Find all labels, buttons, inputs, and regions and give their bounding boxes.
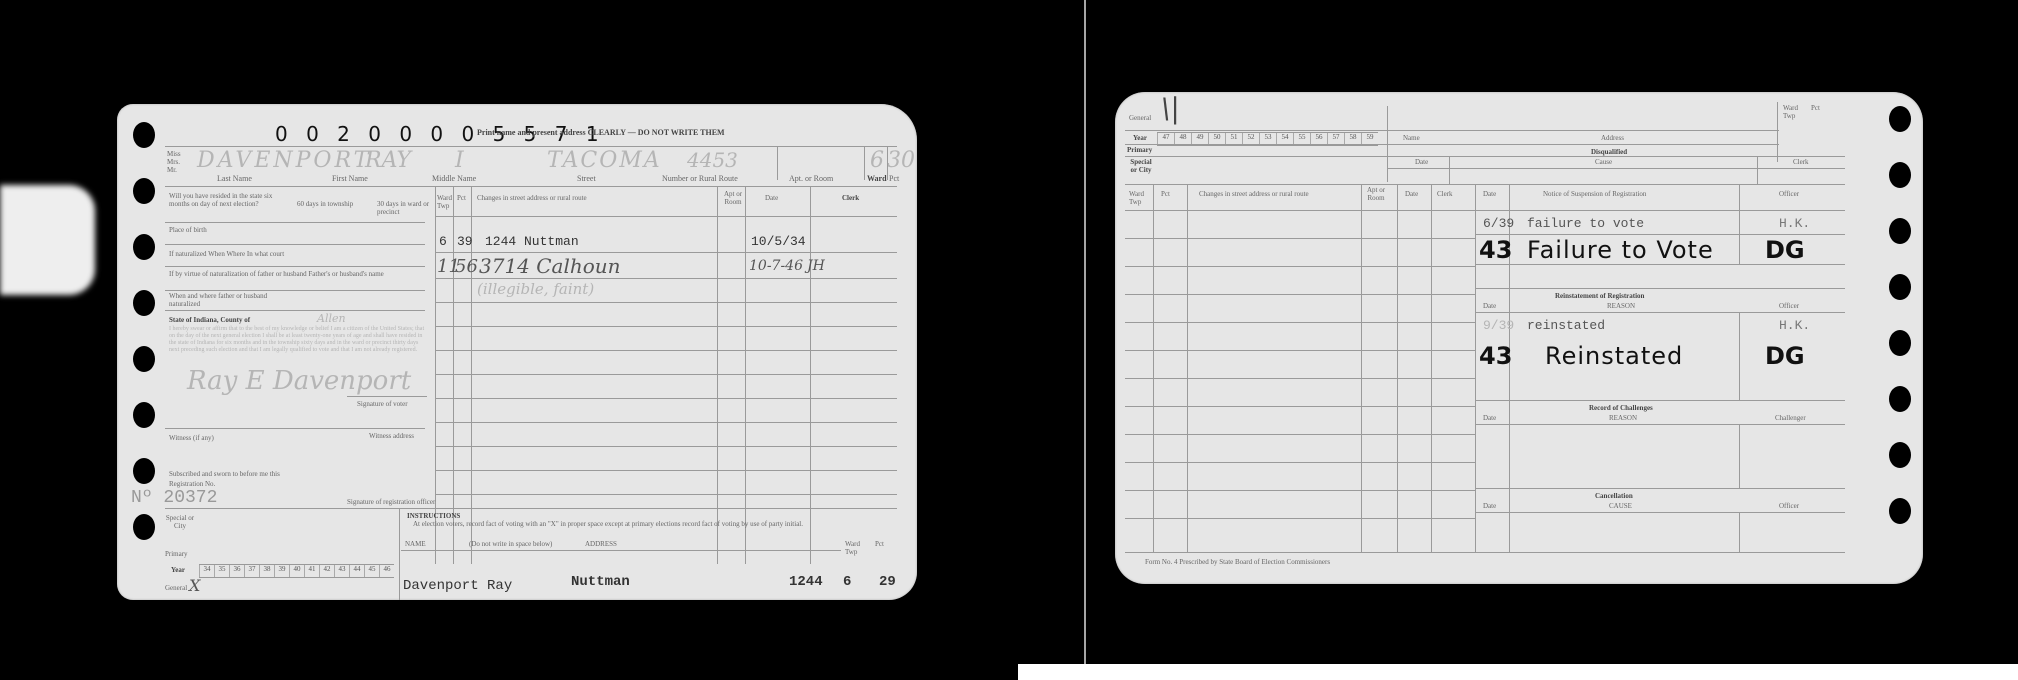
title-prefix: Miss Mrs. Mr. xyxy=(167,150,181,174)
last-name-value: DAVENPORT xyxy=(197,148,371,173)
susp-notice-header: Notice of Suspension of Registration xyxy=(1543,190,1646,198)
canc-cause-header: CAUSE xyxy=(1609,502,1632,510)
entry-pct: 29 xyxy=(879,574,896,590)
label-name: Name xyxy=(1403,134,1420,142)
header-pct: Pct xyxy=(457,194,466,202)
change-row-faint: (illegible, faint) xyxy=(477,280,594,298)
registration-no-label: Registration No. xyxy=(169,480,215,488)
reinst-date-header: Date xyxy=(1483,302,1496,310)
label-special-city: Special or City xyxy=(165,514,195,530)
cancellation-title: Cancellation xyxy=(1595,492,1633,500)
white-bar xyxy=(1018,664,2018,680)
reinstatement-title: Reinstatement of Registration xyxy=(1555,292,1644,300)
label-ward: Ward xyxy=(867,174,887,183)
general-vote-mark: X xyxy=(189,576,200,595)
registration-number: Nº 20372 xyxy=(131,488,217,508)
general-vote-mark: \| xyxy=(1161,92,1180,125)
header-pct: Pct xyxy=(1161,190,1170,198)
label-pct: Pct xyxy=(1811,104,1820,112)
entry-street: Nuttman xyxy=(571,574,630,590)
signature-label: Signature of voter xyxy=(357,400,408,408)
label-special-city: Special or City xyxy=(1127,158,1155,174)
street-value: TACOMA xyxy=(547,148,662,173)
header-apt: Apt or Room xyxy=(1365,186,1387,202)
susp-officer-header: Officer xyxy=(1779,190,1799,198)
label-street: Street xyxy=(577,174,596,183)
challenges-title: Record of Challenges xyxy=(1589,404,1653,412)
disqualified-title: Disqualified xyxy=(1591,148,1627,156)
header-date: Date xyxy=(1405,190,1418,198)
question-when-where: When and where father or husband natural… xyxy=(169,292,279,308)
label-primary: Primary xyxy=(165,550,188,558)
punch-holes xyxy=(1889,106,1911,554)
registration-card-front: 0 0 2 0 0 0 0 5 5 7 1 Print name and pre… xyxy=(117,104,917,600)
header-ward-twp: Ward Twp xyxy=(437,194,455,210)
chal-challenger-header: Challenger xyxy=(1775,414,1806,422)
disq-date-header: Date xyxy=(1415,158,1428,166)
number-value: 4453 xyxy=(687,148,738,172)
canc-officer-header: Officer xyxy=(1779,502,1799,510)
voter-signature: Ray E Davenport xyxy=(187,366,411,396)
disq-cause-header: Cause xyxy=(1595,158,1612,166)
question-father-naturalization: If by virtue of naturalization of father… xyxy=(169,270,449,278)
instr-ward-label: Ward Twp xyxy=(845,540,863,556)
header-clerk: Clerk xyxy=(1437,190,1453,198)
pct-value: 30 xyxy=(887,148,915,173)
label-pct: Pct xyxy=(889,174,899,183)
label-year: Year xyxy=(171,566,185,574)
question-ward: 30 days in ward or precinct xyxy=(377,200,437,216)
registrar-label: Signature of registration officer xyxy=(347,498,435,506)
ward-value: 6 xyxy=(870,148,884,173)
header-date: Date xyxy=(765,194,778,202)
reinst-officer-header: Officer xyxy=(1779,302,1799,310)
label-first-name: First Name xyxy=(332,174,368,183)
years-row: 34353637383940414243444546 xyxy=(199,564,394,578)
form-footer: Form No. 4 Prescribed by State Board of … xyxy=(1145,558,1330,566)
subscribed-label: Subscribed and sworn to before me this xyxy=(169,470,280,478)
label-number: Number or Rural Route xyxy=(662,174,738,183)
question-birthplace: Place of birth xyxy=(169,226,209,234)
susp-date-header: Date xyxy=(1483,190,1496,198)
chal-date-header: Date xyxy=(1483,414,1496,422)
witness-address-label: Witness address xyxy=(369,432,414,440)
header-ward-twp: Ward Twp xyxy=(1129,190,1151,206)
label-middle-name: Middle Name xyxy=(432,174,476,183)
label-general: General xyxy=(1129,114,1151,122)
entry-name: Davenport Ray xyxy=(403,578,512,594)
header-instruction: Print name and present address CLEARLY —… xyxy=(477,128,725,137)
instr-name-label: NAME xyxy=(405,540,426,548)
entry-ward: 6 xyxy=(843,574,851,590)
registration-card-back: General Year Primary Special or City \| … xyxy=(1115,92,1923,584)
instructions-title: INSTRUCTIONS xyxy=(407,512,460,520)
instr-pct-label: Pct xyxy=(875,540,884,548)
oath-text: I hereby swear or affirm that to the bes… xyxy=(169,326,429,354)
header-changes: Changes in street address or rural route xyxy=(477,194,587,202)
question-state-residence: Will you have resided in the state six m… xyxy=(169,192,279,208)
label-apt: Apt. or Room xyxy=(789,174,833,183)
question-naturalized: If naturalized When Where In what court xyxy=(169,250,469,258)
witness-name-label: Witness (if any) xyxy=(169,434,214,442)
canc-date-header: Date xyxy=(1483,502,1496,510)
header-changes: Changes in street address or rural route xyxy=(1199,190,1309,198)
question-township: 60 days in township xyxy=(297,200,357,208)
label-last-name: Last Name xyxy=(217,174,252,183)
first-name-value: RAY xyxy=(365,148,411,173)
entry-number: 1244 xyxy=(789,574,823,590)
instr-address-label: ADDRESS xyxy=(585,540,617,548)
label-year: Year xyxy=(1133,134,1147,142)
header-clerk: Clerk xyxy=(842,194,859,202)
blurred-card-edge xyxy=(0,185,95,295)
oath-heading: State of Indiana, County of xyxy=(169,316,250,324)
reinst-reason-header: REASON xyxy=(1607,302,1635,310)
instr-note: (Do not write in space below) xyxy=(469,540,552,548)
header-apt: Apt or Room xyxy=(721,190,745,206)
middle-name-value: I xyxy=(455,148,464,173)
instructions-text: At election voters, record fact of votin… xyxy=(413,520,833,528)
county-value: Allen xyxy=(317,312,346,325)
label-general: General xyxy=(165,584,187,592)
frame-divider xyxy=(1084,0,1086,664)
label-address: Address xyxy=(1601,134,1624,142)
label-ward: Ward Twp xyxy=(1783,104,1801,120)
chal-reason-header: REASON xyxy=(1609,414,1637,422)
disq-clerk-header: Clerk xyxy=(1793,158,1809,166)
label-primary: Primary xyxy=(1127,146,1152,154)
